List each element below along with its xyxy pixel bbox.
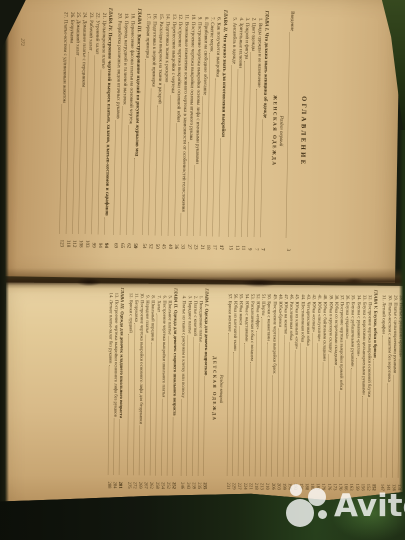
toc-entry-number: 13. bbox=[170, 9, 177, 20]
toc-leader-dots bbox=[286, 33, 290, 238]
toc-page-number: 7 bbox=[253, 238, 260, 250]
toc-entry-title: Летнее платье-халат без рукавов bbox=[108, 300, 114, 364]
book-photo: ОГЛАВЛЕНИЕ Введение3Раздел первыйЖЕНСКАЯ… bbox=[0, 0, 405, 540]
toc-chapter-label: ГЛАВА IV. bbox=[108, 8, 114, 31]
toc-entry-title: Построение чертежа выкройки основной блу… bbox=[366, 302, 372, 397]
toc-page-number: 23 bbox=[192, 237, 199, 249]
toc-entry-title: Цвет одежды bbox=[250, 23, 257, 51]
toc-entry-title: Брюки с грудкой bbox=[128, 300, 134, 333]
toc-entry-title: Брюки с манжетами bbox=[266, 301, 272, 340]
toc-entry-title: Домашнее платье с передником bbox=[80, 20, 88, 87]
toc-leader-dots bbox=[228, 65, 231, 236]
toc-entry-title: Домашний халат bbox=[74, 20, 81, 56]
toc-page-number: 94 bbox=[103, 236, 110, 248]
toc-chapter-label: ГЛАВА II. bbox=[222, 10, 228, 32]
toc-leader-dots bbox=[181, 213, 182, 236]
toc-entry-title: Школьный передник bbox=[150, 300, 156, 341]
toc-entry-title: Блузка с рукавами «реглан» bbox=[356, 302, 362, 356]
toc-chapter-label: ГЛАВА I. bbox=[264, 11, 270, 31]
book-spine bbox=[4, 268, 405, 294]
toc-entry-number: 17. bbox=[145, 9, 152, 20]
toc-entry-title: Брюки женские bbox=[227, 301, 233, 332]
toc-leader-dots bbox=[328, 354, 330, 477]
toc-entry-title: Юбка «солнце» bbox=[311, 302, 317, 333]
toc-page-number: 281 bbox=[118, 476, 124, 488]
toc-leader-dots bbox=[150, 342, 152, 475]
toc-leader-dots bbox=[361, 396, 362, 477]
toc-page-number: 40 bbox=[166, 237, 173, 249]
toc-entry-number: 2. bbox=[250, 10, 257, 21]
toc-leader-dots bbox=[59, 104, 62, 233]
toc-entry-title: Безрукавка bbox=[68, 20, 75, 44]
toc-entry-title: Шорты bbox=[261, 301, 267, 315]
toc-page-number: 288 bbox=[107, 476, 113, 488]
toc-entry-number: 6. bbox=[215, 10, 222, 21]
avito-watermark: Avito bbox=[282, 482, 405, 540]
toc-page-number: 254 bbox=[160, 477, 166, 489]
toc-entry-title: Платье с кокеткой bbox=[192, 301, 198, 336]
toc-leader-dots bbox=[232, 352, 234, 476]
toc-entry-title: Ансамбль в одежде bbox=[230, 23, 237, 64]
toc-entry-title: Построение чертежа выкройки основного ли… bbox=[113, 300, 120, 417]
toc-page-number: 11 bbox=[240, 238, 247, 250]
toc-leader-dots bbox=[139, 426, 140, 476]
toc-page-number: 54 bbox=[141, 237, 148, 249]
toc-entry-number: 16. bbox=[151, 9, 158, 20]
toc-entry-title: Построение чертежа выкройки брюк bbox=[271, 301, 277, 373]
toc-page-number: 210 bbox=[265, 478, 271, 490]
toc-leader-dots bbox=[192, 337, 194, 475]
toc-entry-title: Построение чертежа выкройки основного ли… bbox=[138, 300, 145, 424]
toc-leader-dots bbox=[172, 417, 173, 475]
toc-entry-title: Платье-костюм с жакетом без воротника bbox=[386, 302, 392, 381]
toc-entry-title: Платье из ткани с рисунком в клетку или … bbox=[181, 301, 187, 398]
toc-page-number: 17 bbox=[211, 238, 218, 250]
toc-leader-dots bbox=[104, 217, 105, 234]
toc-entry-number: 7. bbox=[209, 10, 216, 21]
toc-leader-dots bbox=[133, 323, 135, 475]
toc-leader-dots bbox=[133, 158, 135, 235]
toc-entry-title: Блузка с короткими цельнокроеными рукава… bbox=[361, 302, 367, 394]
toc-leader-dots bbox=[114, 120, 116, 234]
toc-entry-title: Прибавки на свободное облегание bbox=[201, 22, 209, 95]
toc-entry-number: 15. bbox=[158, 9, 165, 20]
toc-entry-title: Юбка «полусолнце» bbox=[316, 302, 322, 342]
toc-entry-title: Юбка из клиньев «годе» bbox=[294, 302, 300, 350]
toc-chapter-label: ГЛАВА III. bbox=[136, 8, 142, 32]
toc-heading: ОГЛАВЛЕНИЕ bbox=[298, 11, 309, 251]
toc-page-number: 45 bbox=[160, 237, 167, 249]
toc-entry-number: 12. bbox=[177, 9, 184, 20]
toc-leader-dots bbox=[372, 359, 374, 477]
toc-page-number: 94 bbox=[97, 236, 104, 248]
toc-entry-title: Цельнокроеное платье bbox=[100, 20, 107, 68]
toc-page-number: 103 bbox=[84, 236, 91, 248]
toc-right-entries: 28.Платье с рукавами «реглан»13129.Плать… bbox=[107, 287, 404, 491]
toc-entry-title: ГЛАВА III.Одежда для девочек младшего шк… bbox=[118, 288, 125, 419]
toc-entry-title: Юбка с байтовыми складками bbox=[322, 302, 328, 361]
toc-leader-dots bbox=[255, 331, 257, 476]
toc-entry-title: Юбка-брюки bbox=[277, 301, 283, 327]
toc-entry-number: 22. bbox=[94, 8, 101, 19]
toc-leader-dots bbox=[260, 317, 262, 476]
toc-page-number: 275 bbox=[126, 477, 132, 489]
toc-entry-title: Как получается выкройка bbox=[214, 22, 221, 77]
toc-leader-dots bbox=[119, 420, 120, 475]
toc-page-number: 269 bbox=[138, 477, 144, 489]
toc-entry-title: Летний сарафан bbox=[381, 302, 387, 334]
toc-entry-number: 11. bbox=[183, 9, 190, 20]
toc-page-number: 62 bbox=[125, 236, 132, 248]
left-page-number: 272 bbox=[20, 38, 26, 46]
toc-page-number: 239 bbox=[191, 477, 197, 489]
toc-page-number: 33 bbox=[179, 237, 186, 249]
toc-entry-number: 3. bbox=[244, 10, 251, 21]
toc-leader-dots bbox=[300, 344, 302, 477]
toc-leader-dots bbox=[161, 399, 162, 475]
toc-page-number: 21 bbox=[198, 238, 205, 250]
toc-leader-dots bbox=[198, 344, 200, 476]
toc-left-entries: Введение3Раздел первыйЖЕНСКАЯ ОДЕЖДАГЛАВ… bbox=[58, 7, 295, 251]
toc-entry-title: Шестиклинная юбка bbox=[300, 302, 306, 343]
toc-leader-dots bbox=[311, 334, 313, 477]
toc-page-number: 229 bbox=[231, 477, 237, 489]
toc-leader-dots bbox=[108, 365, 109, 475]
toc-entry-title: Покрой и фигура bbox=[243, 23, 250, 60]
toc-page-number: 112 bbox=[71, 235, 78, 247]
toc-entry-number: 4. bbox=[237, 10, 244, 21]
toc-leader-dots bbox=[294, 351, 296, 477]
toc-leader-dots bbox=[283, 336, 285, 477]
toc-entry-title: Первая примерка bbox=[144, 21, 151, 58]
toc-page-number: 284 bbox=[112, 476, 118, 488]
toc-entry-title: Подготовка ткани к раскрою bbox=[163, 21, 170, 82]
toc-leader-dots bbox=[356, 358, 358, 477]
toc-entry-title: Рабочий халат bbox=[87, 20, 94, 51]
toc-entry-title: Построение чертежа выкройки школьного пл… bbox=[161, 300, 167, 397]
toc-entry-title: Платье с цельнокроеными рукавами bbox=[392, 302, 398, 373]
toc-entry-number: 14. bbox=[164, 9, 171, 20]
toc-page-number: 252 bbox=[171, 477, 177, 489]
toc-leader-dots bbox=[381, 335, 383, 477]
toc-page-number: 218 bbox=[254, 478, 260, 490]
toc-entry-title: Нарядное платье bbox=[187, 301, 193, 334]
toc-leader-dots bbox=[339, 392, 340, 477]
toc-leader-dots bbox=[144, 335, 146, 476]
toc-entry-title: Халат bbox=[156, 300, 162, 312]
toc-page-number: 243 bbox=[185, 477, 191, 489]
background-edge-left bbox=[0, 0, 9, 505]
toc-entry-title: Юбка «гофре» bbox=[255, 301, 261, 329]
toc-leader-dots bbox=[238, 326, 240, 476]
toc-entry-number: 25. bbox=[75, 7, 82, 18]
toc-entry-row: Введение3 bbox=[285, 11, 296, 251]
toc-entry-number: 21. bbox=[101, 8, 108, 19]
toc-page-number: 262 bbox=[149, 477, 155, 489]
toc-entry-title: Расклешенная юбка с воланом bbox=[249, 301, 255, 361]
toc-page-number: 99 bbox=[90, 236, 97, 248]
toc-page-number: 69 bbox=[112, 236, 119, 248]
toc-page-number: 258 bbox=[154, 477, 160, 489]
toc-entry-number: 24. bbox=[81, 7, 88, 18]
toc-page-number: 252 bbox=[166, 477, 172, 489]
toc-leader-dots bbox=[277, 328, 279, 476]
avito-watermark-text: Avito bbox=[334, 488, 405, 524]
background-edge-right bbox=[399, 130, 405, 500]
toc-page-number: 203 bbox=[276, 478, 282, 490]
left-page-toc: ОГЛАВЛЕНИЕ Введение3Раздел первыйЖЕНСКАЯ… bbox=[58, 7, 309, 251]
toc-leader-dots bbox=[156, 313, 158, 475]
toc-leader-dots bbox=[142, 59, 146, 235]
toc-entry-title: Четырехклинная юбка bbox=[305, 302, 311, 346]
toc-leader-dots bbox=[193, 165, 195, 236]
toc-entry-title: ГЛАВА II.Одежда для девочек старшего шко… bbox=[172, 288, 179, 416]
toc-page-number: 227 bbox=[237, 478, 243, 490]
toc-entry-title: Подготовка к первой примерке bbox=[150, 21, 158, 87]
toc-leader-dots bbox=[128, 334, 130, 475]
toc-leader-dots bbox=[350, 368, 351, 477]
toc-entry-title: Блузка «украинка» bbox=[345, 302, 351, 339]
toc-page-number: 108 bbox=[77, 235, 84, 247]
toc-entry-title: Виды одежды и ее назначение bbox=[256, 23, 264, 87]
toc-leader-dots bbox=[271, 375, 272, 476]
toc-page-number: 15 bbox=[227, 238, 234, 250]
toc-page-number: 235 bbox=[202, 477, 208, 489]
toc-page-number: 9 bbox=[246, 238, 253, 250]
avito-logo-circle bbox=[318, 510, 327, 519]
toc-entry-title: Расклешенная юбка bbox=[288, 301, 294, 340]
toc-page-number: 65 bbox=[119, 236, 126, 248]
toc-page-number: 27 bbox=[186, 237, 193, 249]
toc-page-number: 224 bbox=[242, 478, 248, 490]
toc-page-number: 7 bbox=[259, 239, 266, 251]
toc-entry-title: Юбка из клетчатой ткани bbox=[232, 301, 238, 351]
toc-leader-dots bbox=[392, 375, 393, 478]
toc-entry-number: 26. bbox=[69, 7, 76, 18]
toc-section-subtitle: Раздел второй bbox=[217, 288, 224, 489]
toc-entry-number: 10. bbox=[190, 9, 197, 20]
toc-page-number: 36 bbox=[173, 237, 180, 249]
toc-leader-dots bbox=[243, 343, 245, 476]
toc-leader-dots bbox=[322, 362, 323, 477]
toc-entry-number: 20. bbox=[116, 8, 123, 19]
toc-entry-title: Безрукавка bbox=[134, 300, 140, 322]
toc-entry-title: Школьное платье bbox=[167, 300, 173, 334]
toc-page-number: 235 bbox=[197, 477, 203, 489]
toc-page-number: 123 bbox=[58, 235, 65, 247]
left-page: ОГЛАВЛЕНИЕ Введение3Раздел первыйЖЕНСКАЯ… bbox=[1, 0, 400, 283]
toc-page-number: 17 bbox=[218, 238, 225, 250]
toc-leader-dots bbox=[181, 399, 182, 475]
toc-leader-dots bbox=[288, 342, 290, 477]
toc-page-number: 13 bbox=[233, 238, 240, 250]
toc-entry-number: 19. bbox=[123, 8, 130, 19]
toc-entry-number: 27. bbox=[62, 7, 69, 18]
toc-leader-dots bbox=[387, 383, 388, 477]
toc-entry-title: ГЛАВА I.Одежда для девочек-подростков bbox=[203, 288, 209, 375]
toc-page-number: 221 bbox=[248, 478, 254, 490]
toc-entry-title: Юбка в круговую складку bbox=[328, 302, 334, 353]
toc-entry-title: Юбка с надставками bbox=[244, 301, 250, 341]
avito-logo-circle bbox=[290, 484, 302, 496]
toc-entry-title: Повседневное платье bbox=[198, 301, 204, 343]
avito-logo-circle bbox=[286, 499, 314, 527]
toc-entry-number: 23. bbox=[88, 8, 95, 19]
toc-entry-title: Юбка на кокетке bbox=[283, 301, 289, 334]
toc-entry-title: Блузка с рубашечными рукавами bbox=[350, 302, 356, 366]
toc-page-number: 3 bbox=[285, 239, 292, 251]
toc-page-number: 206 bbox=[270, 478, 276, 490]
toc-page-number: 118 bbox=[65, 235, 72, 247]
toc-entry-number: 8. bbox=[202, 10, 209, 21]
toc-entry-title: Введение bbox=[289, 11, 296, 31]
toc-leader-dots bbox=[227, 333, 229, 476]
toc-leader-dots bbox=[367, 399, 368, 477]
toc-leader-dots bbox=[187, 335, 189, 476]
toc-page-number: 231 bbox=[226, 477, 232, 489]
toc-page-number: 267 bbox=[143, 477, 149, 489]
toc-entry-title: Утренний халат bbox=[94, 20, 101, 54]
toc-leader-dots bbox=[316, 343, 318, 477]
right-page-toc: 28.Платье с рукавами «реглан»13129.Плать… bbox=[107, 287, 404, 491]
toc-entry-title: Зрительные иллюзии bbox=[237, 23, 244, 68]
toc-entry-number: 18. bbox=[129, 8, 136, 19]
toc-page-number: 213 bbox=[259, 478, 265, 490]
toc-page-number: 50 bbox=[154, 237, 161, 249]
toc-entry-number: 5. bbox=[231, 10, 238, 21]
toc-entry-title: Построение чертежа выкройки прямой юбки bbox=[338, 302, 344, 390]
toc-page-number: 59 bbox=[132, 236, 139, 248]
toc-entry-number: 9. bbox=[196, 9, 203, 20]
toc-page-number: 18 bbox=[205, 238, 212, 250]
toc-leader-dots bbox=[167, 336, 169, 475]
toc-entry-title: Юбка со встречными складками bbox=[333, 302, 339, 365]
toc-leader-dots bbox=[113, 418, 114, 475]
toc-leader-dots bbox=[344, 340, 346, 477]
toc-entry-number: 1. bbox=[257, 11, 264, 22]
toc-leader-dots bbox=[203, 377, 204, 476]
toc-leader-dots bbox=[266, 342, 268, 476]
toc-entry-title: Перенесение выкройки с чертежа bbox=[169, 21, 177, 93]
toc-entry-title: Юбка макси bbox=[238, 301, 244, 325]
toc-entry-title: Нарядное платье bbox=[145, 300, 151, 333]
toc-leader-dots bbox=[249, 362, 250, 476]
toc-leader-dots bbox=[305, 347, 307, 477]
toc-leader-dots bbox=[333, 367, 334, 477]
toc-entry-title: ГЛАВА V.Блузки, юбки и брюки bbox=[372, 290, 378, 358]
toc-page-number: 272 bbox=[132, 477, 138, 489]
toc-page-number: 246 bbox=[180, 477, 186, 489]
toc-page-number: 52 bbox=[147, 237, 154, 249]
toc-entry-title: Снятие мерок bbox=[208, 22, 215, 52]
